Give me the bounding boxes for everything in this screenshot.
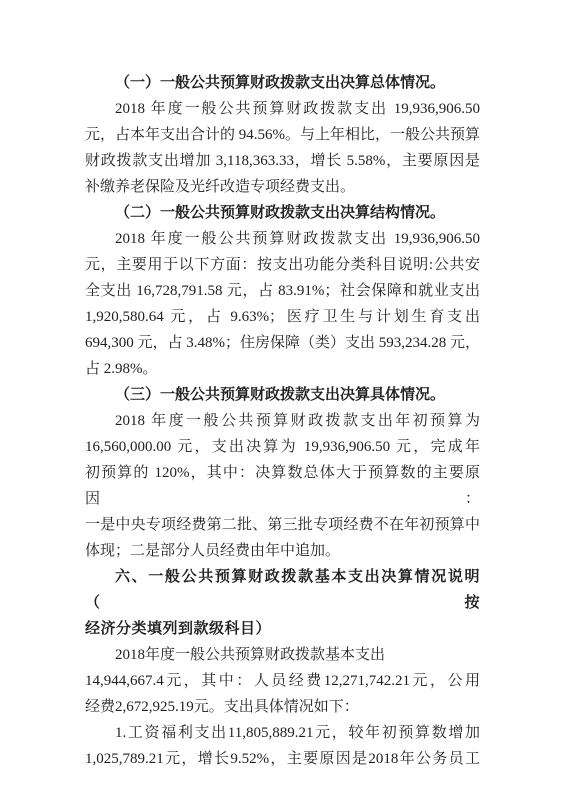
section-2-heading: （二）一般公共预算财政拨款支出决算结构情况。 [85, 200, 480, 226]
section-3-heading: （三）一般公共预算财政拨款支出决算具体情况。 [85, 382, 480, 408]
text-line: 财政拨款支出增加 3,118,363.33，增长 5.58%，主要原因是 [85, 148, 480, 174]
paragraph: 2018 年度一般公共预算财政拨款支出年初预算为 16,560,000.00 元… [85, 408, 480, 564]
text-line: 占 2.98%。 [85, 356, 480, 382]
section-general-overview: （一）一般公共预算财政拨款支出决算总体情况。 2018 年度一般公共预算财政拨款… [85, 70, 480, 200]
text-line: 经费2,672,925.19元。支出具体情况如下： [85, 694, 480, 720]
section-6-heading-line-2: 经济分类填列到款级科目） [85, 616, 480, 642]
text-line: 2018 年度一般公共预算财政拨款支出 19,936,906.50 [85, 226, 480, 252]
text-line: 一是中央专项经费第二批、第三批专项经费不在年初预算中 [85, 512, 480, 538]
text-line: 1,920,580.64 元，占 9.63%；医疗卫生与计划生育支出 [85, 304, 480, 330]
section-6-heading-line-1: 六、一般公共预算财政拨款基本支出决算情况说明（按 [85, 564, 480, 616]
section-structure: （二）一般公共预算财政拨款支出决算结构情况。 2018 年度一般公共预算财政拨款… [85, 200, 480, 382]
text-line: 元，占本年支出合计的 94.56%。与上年相比，一般公共预算 [85, 122, 480, 148]
paragraph: 1.工资福利支出11,805,889.21元，较年初预算数增加 1,025,78… [85, 720, 480, 772]
paragraph: 2018年度一般公共预算财政拨款基本支出 14,944,667.4元，其中：人员… [85, 642, 480, 720]
text-line: 2018 年度一般公共预算财政拨款支出 19,936,906.50 [85, 96, 480, 122]
text-line: 1,025,789.21元，增长9.52%，主要原因是2018年公务员工 [85, 746, 480, 772]
text-line: 2018 年度一般公共预算财政拨款支出年初预算为 [85, 408, 480, 434]
section-detail: （三）一般公共预算财政拨款支出决算具体情况。 2018 年度一般公共预算财政拨款… [85, 382, 480, 564]
document-page: （一）一般公共预算财政拨款支出决算总体情况。 2018 年度一般公共预算财政拨款… [0, 0, 565, 800]
text-line: 1.工资福利支出11,805,889.21元，较年初预算数增加 [85, 720, 480, 746]
section-basic-expenditure: 六、一般公共预算财政拨款基本支出决算情况说明（按 经济分类填列到款级科目） 20… [85, 564, 480, 772]
text-line: 16,560,000.00 元，支出决算为 19,936,906.50 元，完成… [85, 434, 480, 460]
paragraph: 2018 年度一般公共预算财政拨款支出 19,936,906.50 元，主要用于… [85, 226, 480, 382]
paragraph: 2018 年度一般公共预算财政拨款支出 19,936,906.50 元，占本年支… [85, 96, 480, 200]
text-line: 体现；二是部分人员经费由年中追加。 [85, 538, 480, 564]
text-line: 初预算的 120%，其中：决算数总体大于预算数的主要原因： [85, 460, 480, 512]
section-1-heading: （一）一般公共预算财政拨款支出决算总体情况。 [85, 70, 480, 96]
text-line: 元，主要用于以下方面：按支出功能分类科目说明:公共安 [85, 252, 480, 278]
text-line: 全支出 16,728,791.58 元，占 83.91%；社会保障和就业支出 [85, 278, 480, 304]
text-line: 补缴养老保险及光纤改造专项经费支出。 [85, 174, 480, 200]
text-line: 694,300 元，占 3.48%；住房保障（类）支出 593,234.28 元… [85, 330, 480, 356]
text-line: 2018年度一般公共预算财政拨款基本支出 [85, 642, 480, 668]
text-line: 14,944,667.4元，其中：人员经费12,271,742.21元，公用 [85, 668, 480, 694]
